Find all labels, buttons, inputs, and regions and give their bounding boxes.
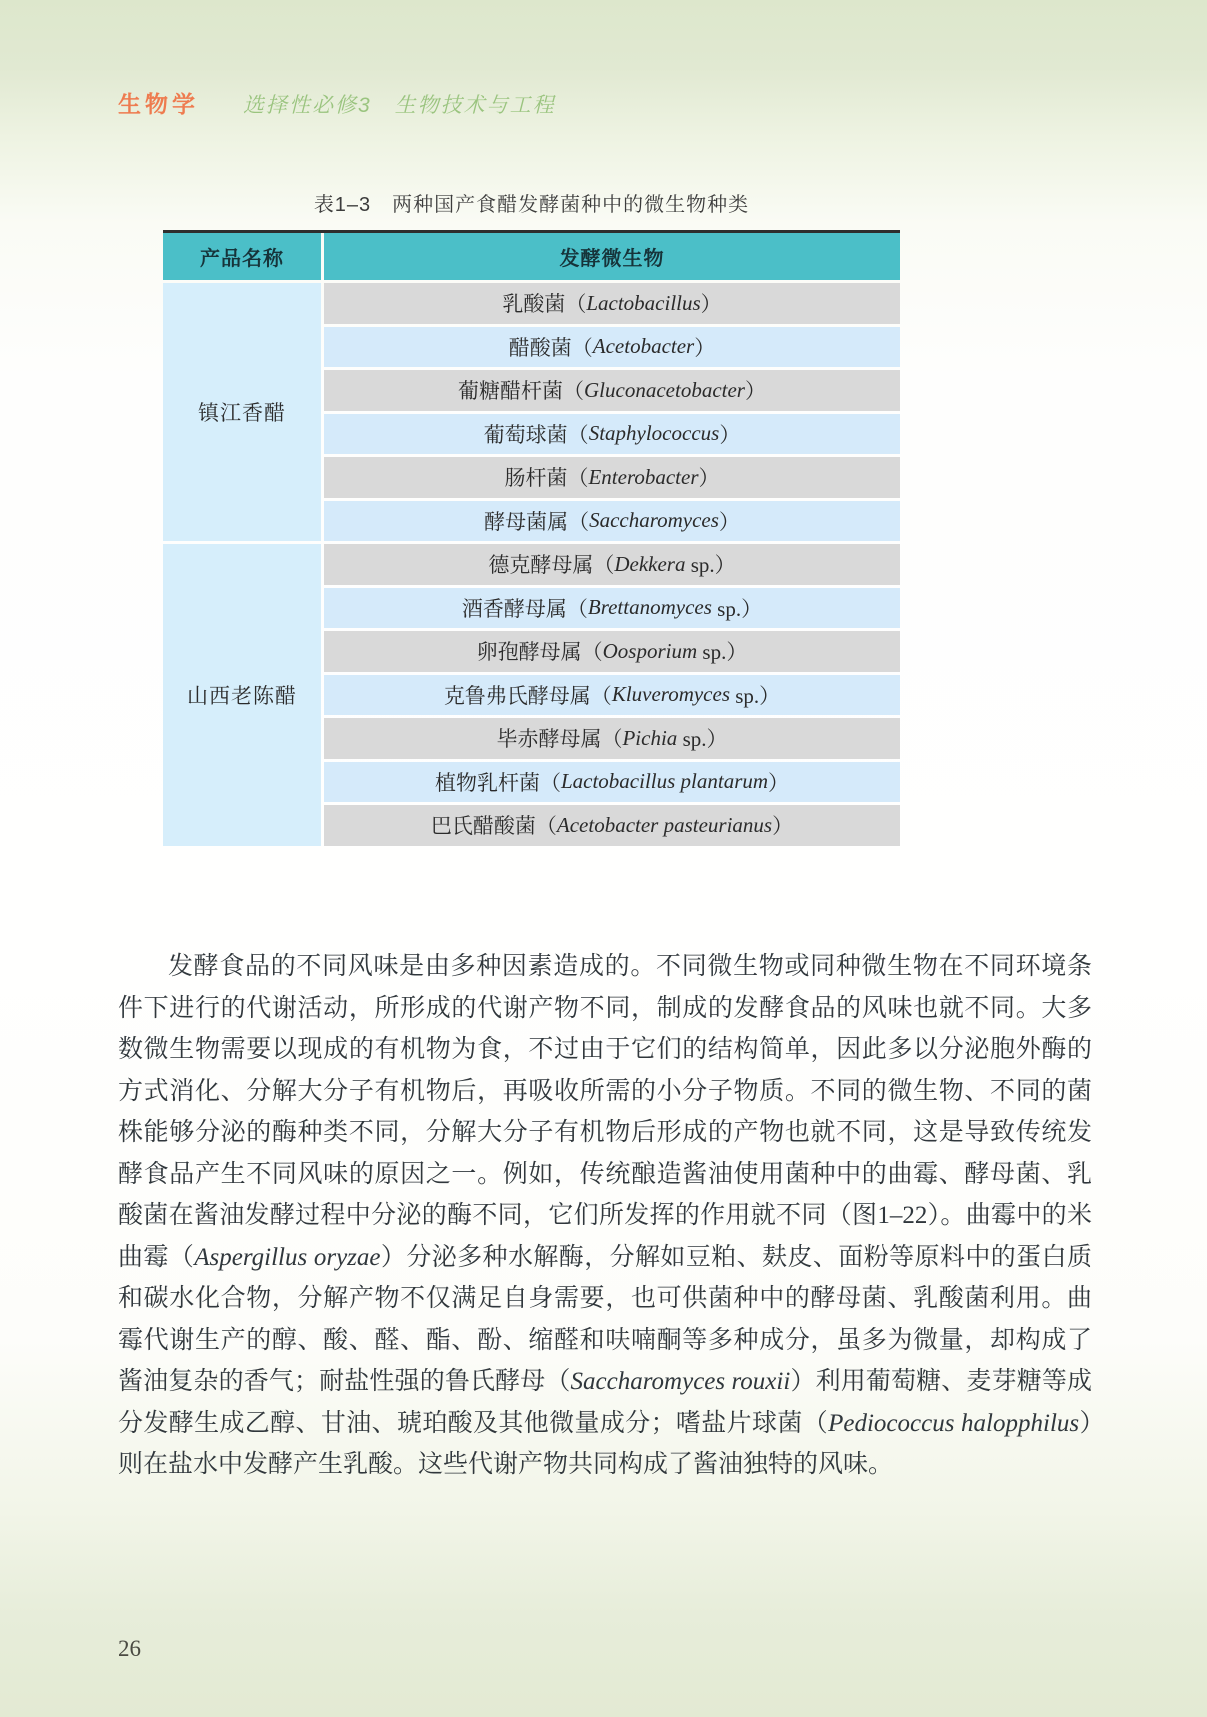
- microbe-latin: Lactobacillus: [586, 291, 700, 316]
- microbe-cn: 酒香酵母属（: [462, 593, 588, 623]
- table-row: 酒香酵母属（Brettanomyces sp.）: [324, 588, 900, 629]
- microbe-cn: 醋酸菌（: [509, 332, 593, 362]
- table-row: 德克酵母属（Dekkera sp.）: [324, 544, 900, 585]
- table-row: 乳酸菌（Lactobacillus）: [324, 283, 900, 324]
- microbe-suffix: sp.）: [685, 549, 735, 579]
- running-head: 生物学 选择性必修3 生物技术与工程: [118, 86, 556, 119]
- column-header-product: 产品名称: [163, 233, 321, 280]
- microbe-cn: 毕赤酵母属（: [496, 723, 622, 753]
- microbe-cn: 酵母菌属（: [484, 506, 589, 536]
- microbe-latin: Saccharomyces: [589, 508, 719, 533]
- table-row: 肠杆菌（Enterobacter）: [324, 457, 900, 498]
- microbe-suffix: ）: [694, 332, 715, 362]
- textbook-page: 生物学 选择性必修3 生物技术与工程 表1–3 两种国产食醋发酵菌种中的微生物种…: [0, 0, 1207, 1717]
- paragraph-segment: 发酵食品的不同风味是由多种因素造成的。不同微生物或同种微生物在不同环境条件下进行…: [118, 953, 1092, 1271]
- microbe-suffix: ）: [772, 810, 793, 840]
- table-row: 卵孢酵母属（Oosporium sp.）: [324, 631, 900, 672]
- table-row: 葡萄球菌（Staphylococcus）: [324, 414, 900, 455]
- microbe-table: 产品名称 发酵微生物 镇江香醋 山西老陈醋 乳酸菌（Lactobacillus）…: [163, 230, 900, 846]
- microbe-cn: 植物乳杆菌（: [435, 767, 561, 797]
- column-header-microbe: 发酵微生物: [324, 233, 900, 280]
- microbe-latin: Oosporium: [603, 639, 698, 664]
- microbe-cn: 卵孢酵母属（: [477, 636, 603, 666]
- microbe-suffix: ）: [745, 375, 766, 405]
- microbe-cn: 巴氏醋酸菌（: [431, 810, 557, 840]
- microbe-latin: Acetobacter pasteurianus: [557, 813, 772, 838]
- microbe-suffix: sp.）: [712, 593, 762, 623]
- body-paragraph: 发酵食品的不同风味是由多种因素造成的。不同微生物或同种微生物在不同环境条件下进行…: [118, 946, 1092, 1486]
- latin-name: Saccharomyces rouxii: [571, 1368, 791, 1395]
- latin-name: Aspergillus oryzae: [194, 1244, 380, 1271]
- microbe-cn: 葡萄球菌（: [484, 419, 589, 449]
- microbe-latin: Gluconacetobacter: [584, 378, 745, 403]
- course-title: 选择性必修3 生物技术与工程: [243, 89, 556, 119]
- microbe-latin: Lactobacillus plantarum: [561, 769, 768, 794]
- microbe-latin: Staphylococcus: [589, 421, 720, 446]
- microbe-latin: Acetobacter: [593, 334, 694, 359]
- microbe-suffix: ）: [699, 462, 720, 492]
- table-row: 葡糖醋杆菌（Gluconacetobacter）: [324, 370, 900, 411]
- microbe-cn: 乳酸菌（: [502, 288, 586, 318]
- table-row: 克鲁弗氏酵母属（Kluveromyces sp.）: [324, 675, 900, 716]
- microbe-latin: Kluveromyces: [612, 682, 730, 707]
- table-caption: 表1–3 两种国产食醋发酵菌种中的微生物种类: [163, 188, 900, 217]
- microbe-suffix: sp.）: [677, 723, 727, 753]
- table-row: 毕赤酵母属（Pichia sp.）: [324, 718, 900, 759]
- page-number: 26: [118, 1636, 141, 1662]
- microbe-latin: Brettanomyces: [588, 595, 712, 620]
- microbe-suffix: sp.）: [697, 636, 747, 666]
- product-cell-zhenjiang-vinegar: 镇江香醋: [163, 283, 321, 541]
- subject-title: 生物学: [118, 86, 199, 119]
- table-row: 巴氏醋酸菌（Acetobacter pasteurianus）: [324, 805, 900, 846]
- table-row: 酵母菌属（Saccharomyces）: [324, 501, 900, 542]
- microbe-suffix: ）: [701, 288, 722, 318]
- microbe-latin: Pichia: [622, 726, 677, 751]
- latin-name: Pediococcus halopphilus: [828, 1410, 1079, 1437]
- microbe-suffix: ）: [719, 419, 740, 449]
- microbe-cn: 肠杆菌（: [504, 462, 588, 492]
- microbe-latin: Dekkera: [614, 552, 685, 577]
- table-row: 醋酸菌（Acetobacter）: [324, 327, 900, 368]
- microbe-cn: 德克酵母属（: [488, 549, 614, 579]
- microbe-cn: 克鲁弗氏酵母属（: [444, 680, 612, 710]
- microbe-suffix: ）: [768, 767, 789, 797]
- microbe-latin: Enterobacter: [588, 465, 698, 490]
- microbe-suffix: sp.）: [730, 680, 780, 710]
- table-row: 植物乳杆菌（Lactobacillus plantarum）: [324, 762, 900, 803]
- microbe-suffix: ）: [719, 506, 740, 536]
- microbe-cn: 葡糖醋杆菌（: [458, 375, 584, 405]
- product-cell-shanxi-vinegar: 山西老陈醋: [163, 544, 321, 846]
